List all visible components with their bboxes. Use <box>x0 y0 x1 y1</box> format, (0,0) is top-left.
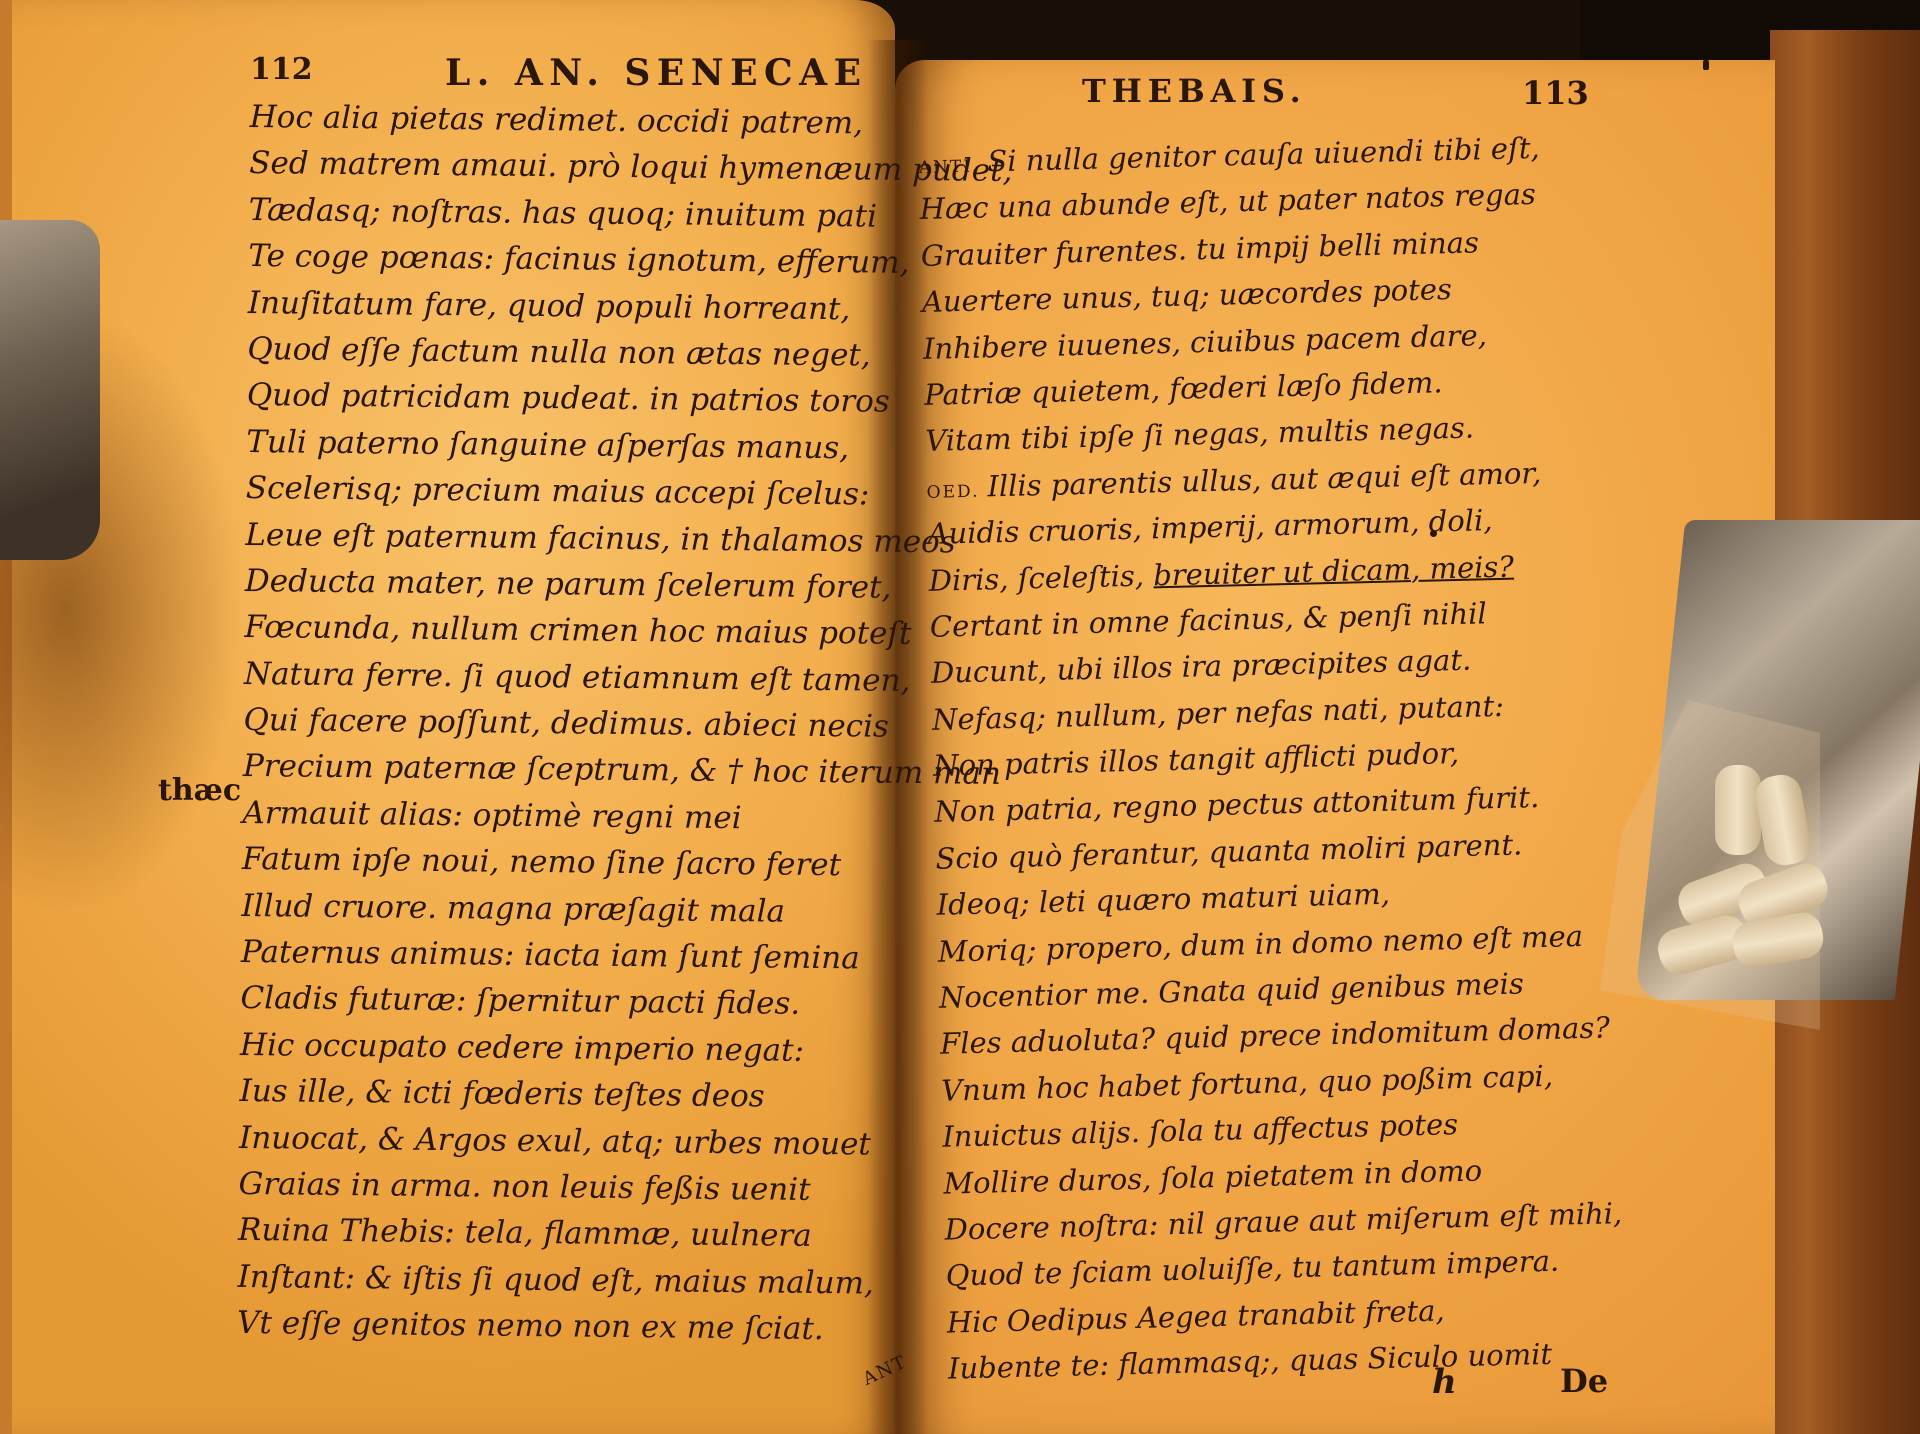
verse-line: Scelerisq; precium maius accepi ſcelus: <box>246 465 1010 519</box>
speaker-label: ANTI. <box>918 157 979 178</box>
verse-left: Hoc alia pietas redimet. occidi patrem, … <box>237 94 1013 1354</box>
verse-line: Vt eſſe genitos nemo non ex me ſciat. <box>237 1300 1001 1354</box>
page-number-left: 112 <box>250 52 313 87</box>
verse-line: Quod eſſe factum nulla non ætas neget, <box>247 326 1011 380</box>
catchword-right: De <box>1560 1362 1608 1400</box>
verse-line: Inſtant: & iſtis ſi quod eſt, maius malu… <box>237 1254 1001 1308</box>
running-title-right: THEBAIS. <box>1082 72 1306 110</box>
cigarette-filter <box>1715 765 1761 855</box>
signature-mark: h <box>1432 1362 1457 1402</box>
verse-line: Te coge pœnas: facinus ignotum, efferum, <box>248 233 1012 287</box>
underlined-passage: breuiter ut dicam, meis? <box>1153 549 1514 592</box>
page-number-right: 113 <box>1522 74 1589 112</box>
running-title-left: L. AN. SENECAE <box>445 52 868 94</box>
verse-line: Sed matrem amaui. prò loqui hymenæum pud… <box>249 140 1013 194</box>
margin-annotation: thæc <box>158 773 241 808</box>
verse-line: Armauit alias: optimè regni mei <box>242 790 1006 844</box>
verse-line: Fœcunda, nullum crimen hoc maius poteſt <box>244 604 1008 658</box>
verse-line: Illud cruore. magna præſagit mala <box>241 883 1005 937</box>
verse-line: Tuli paterno ſanguine aſperſas manus, <box>246 419 1010 473</box>
verse-line: Hic occupato cedere imperio negat: <box>240 1022 1004 1076</box>
speaker-label: OED. <box>926 481 979 502</box>
verse-line: Ruina Thebis: tela, flammæ, uulnera <box>238 1207 1002 1261</box>
filter-bag-right <box>1600 520 1920 1060</box>
verse-line: Hoc alia pietas redimet. occidi patrem, <box>250 94 1014 148</box>
book-photo: 112 L. AN. SENECAE THEBAIS. 113 Hoc alia… <box>0 0 1920 1434</box>
verse-line: Natura ferre. ſi quod etiamnum eſt tamen… <box>244 651 1008 705</box>
verse-line: Ius ille, & icti fœderis teſtes deos <box>239 1068 1003 1122</box>
verse-line: Leue eſt paternum facinus, in thalamos m… <box>245 511 1009 565</box>
foil-bag-left <box>0 220 100 560</box>
verse-right: ANTI.Si nulla genitor cauſa uiuendi tibi… <box>918 123 1626 1392</box>
verse-line: Qui facere poſſunt, dedimus. abieci neci… <box>243 697 1007 751</box>
verse-line: Fatum ipſe noui, nemo ſine ſacro feret <box>242 836 1006 890</box>
verse-line: Inuocat, & Argos exul, atq; urbes mouet <box>239 1115 1003 1169</box>
ink-mark <box>1703 60 1709 70</box>
verse-line: Cladis futuræ: ſpernitur pacti fides. <box>240 975 1004 1029</box>
verse-line: Quod patricidam pudeat. in patrios toros <box>247 372 1011 426</box>
verse-line: Deducta mater, ne parum ſcelerum foret, <box>245 558 1009 612</box>
verse-line: Inuſitatum fare, quod populi horreant, <box>248 280 1012 334</box>
verse-line: Paternus animus: iacta iam ſunt ſemina <box>241 929 1005 983</box>
verse-line: Precium paternæ ſceptrum, & † hoc iterum… <box>243 743 1007 797</box>
plastic-bag <box>1600 700 1820 1030</box>
verse-line: Graias in arma. non leuis feßis uenit <box>238 1161 1002 1215</box>
verse-line: Tædasq; noſtras. has quoq; inuitum pati <box>249 187 1013 241</box>
